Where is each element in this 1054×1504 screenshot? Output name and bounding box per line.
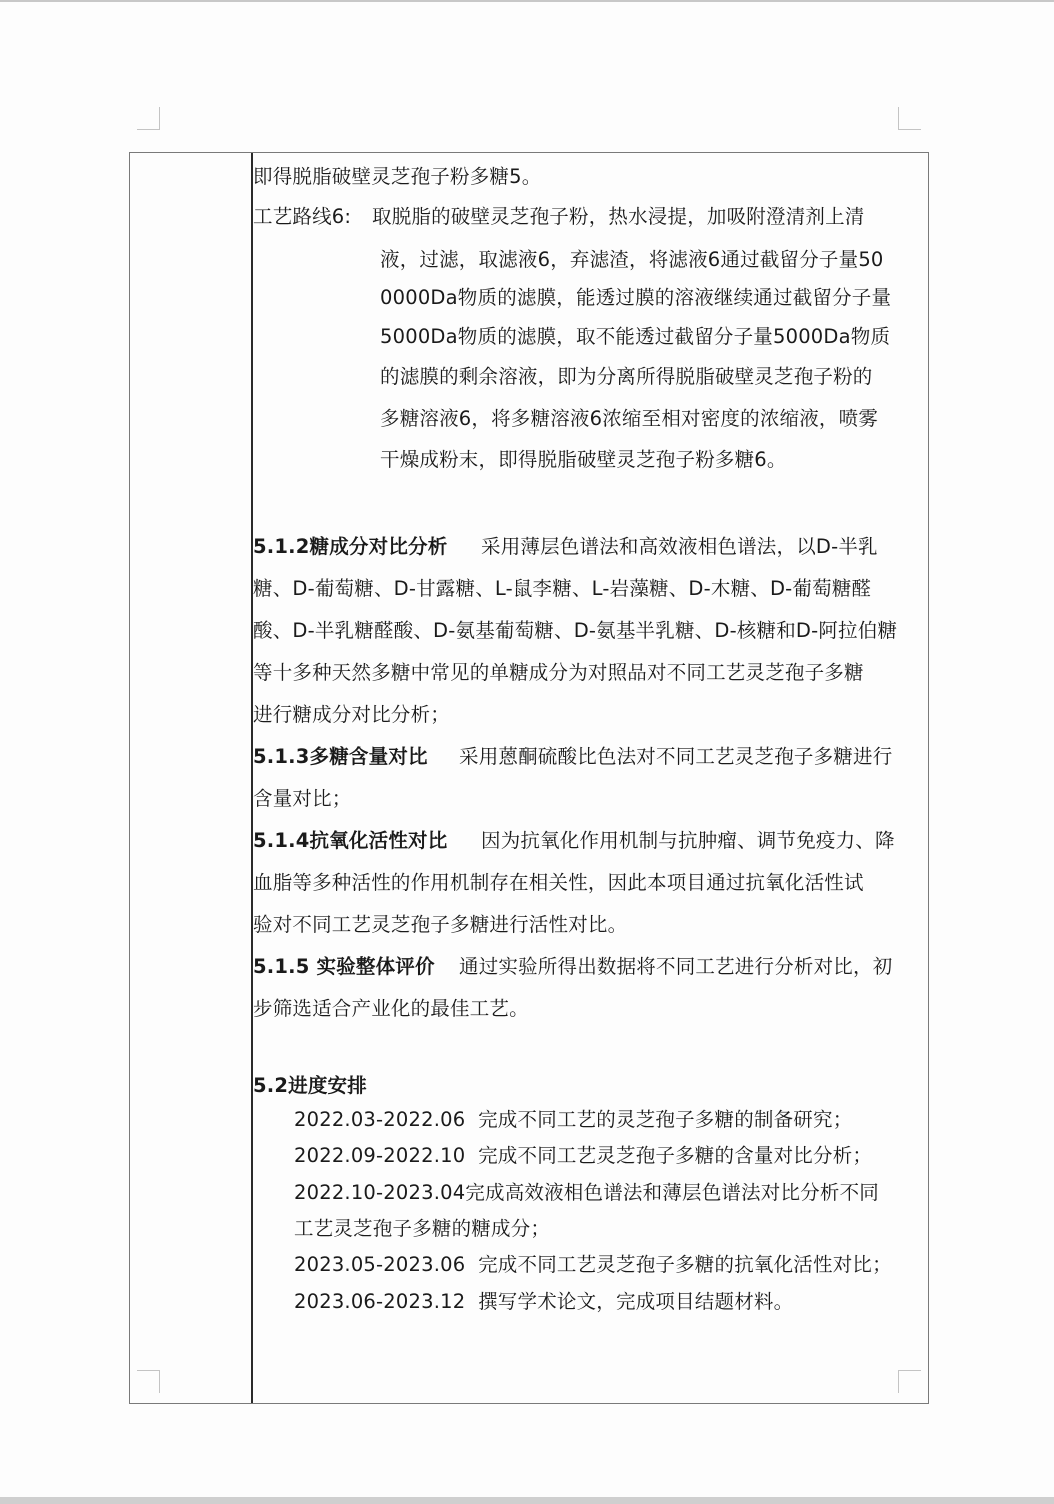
schedule-item: 工艺灵芝孢子多糖的糖成分； [294,1217,550,1241]
section-5-1-3-text: 采用蒽酮硫酸比色法对不同工艺灵芝孢子多糖进行 [459,745,892,769]
route6-line: 取脱脂的破壁灵芝孢子粉，热水浸提，加吸附澄清剂上清 [372,205,865,229]
section-5-1-3-text: 含量对比； [253,787,352,811]
top-edge [0,0,1054,2]
route6-line: 5000Da物质的滤膜，取不能透过截留分子量5000Da物质 [380,325,890,349]
section-5-1-4-heading: 5.1.4抗氧化活性对比 [253,829,447,853]
section-5-1-4-text: 血脂等多种活性的作用机制存在相关性，因此本项目通过抗氧化活性试 [253,871,864,895]
bottom-bar [0,1497,1054,1504]
route6-line: 0000Da物质的滤膜，能透过膜的溶液继续通过截留分子量 [380,286,891,310]
column-divider [251,153,253,1403]
section-5-1-2-text: 等十多种天然多糖中常见的单糖成分为对照品对不同工艺灵芝孢子多糖 [253,661,864,685]
route6-line: 干燥成粉末，即得脱脂破壁灵芝孢子粉多糖6。 [380,448,787,472]
section-5-1-2-text: 进行糖成分对比分析； [253,703,450,727]
crop-mark-top-right [898,107,921,130]
schedule-item: 2022.09-2022.10 完成不同工艺灵芝孢子多糖的含量对比分析； [294,1144,872,1168]
section-5-1-2-heading: 5.1.2糖成分对比分析 [253,535,447,559]
schedule-item: 2022.10-2023.04完成高效液相色谱法和薄层色谱法对比分析不同 [294,1181,879,1205]
section-5-1-4-text: 因为抗氧化作用机制与抗肿瘤、调节免疫力、降 [481,829,895,853]
section-5-1-5-text: 步筛选适合产业化的最佳工艺。 [253,997,529,1021]
crop-mark-bottom-left [137,1370,160,1393]
section-5-1-5-heading: 5.1.5 实验整体评价 [253,955,435,979]
section-5-1-3-heading: 5.1.3多糖含量对比 [253,745,428,769]
schedule-item: 2023.05-2023.06 完成不同工艺灵芝孢子多糖的抗氧化活性对比； [294,1253,892,1277]
section-5-2-heading: 5.2进度安排 [253,1074,367,1098]
crop-mark-bottom-right [898,1370,921,1393]
route6-line: 液，过滤，取滤液6，弃滤渣，将滤液6通过截留分子量50 [380,248,884,272]
route6-line: 的滤膜的剩余溶液，即为分离所得脱脂破壁灵芝孢子粉的 [380,365,873,389]
section-5-1-5-text: 通过实验所得出数据将不同工艺进行分析对比，初 [459,955,892,979]
crop-mark-top-left [137,107,160,130]
section-5-1-2-text: 采用薄层色谱法和高效液相色谱法，以D-半乳 [481,535,878,559]
section-5-1-2-text: 酸、D-半乳糖醛酸、D-氨基葡萄糖、D-氨基半乳糖、D-核糖和D-阿拉伯糖 [253,619,897,643]
route5-end-text: 即得脱脂破壁灵芝孢子粉多糖5。 [253,165,541,189]
route6-line: 多糖溶液6，将多糖溶液6浓缩至相对密度的浓缩液，喷雾 [380,407,878,431]
section-5-1-4-text: 验对不同工艺灵芝孢子多糖进行活性对比。 [253,913,627,937]
schedule-item: 2023.06-2023.12 撰写学术论文，完成项目结题材料。 [294,1290,793,1314]
route6-label: 工艺路线6: [253,205,351,229]
schedule-item: 2022.03-2022.06 完成不同工艺的灵芝孢子多糖的制备研究； [294,1108,852,1132]
section-5-1-2-text: 糖、D-葡萄糖、D-甘露糖、L-鼠李糖、L-岩藻糖、D-木糖、D-葡萄糖醛 [253,577,871,601]
